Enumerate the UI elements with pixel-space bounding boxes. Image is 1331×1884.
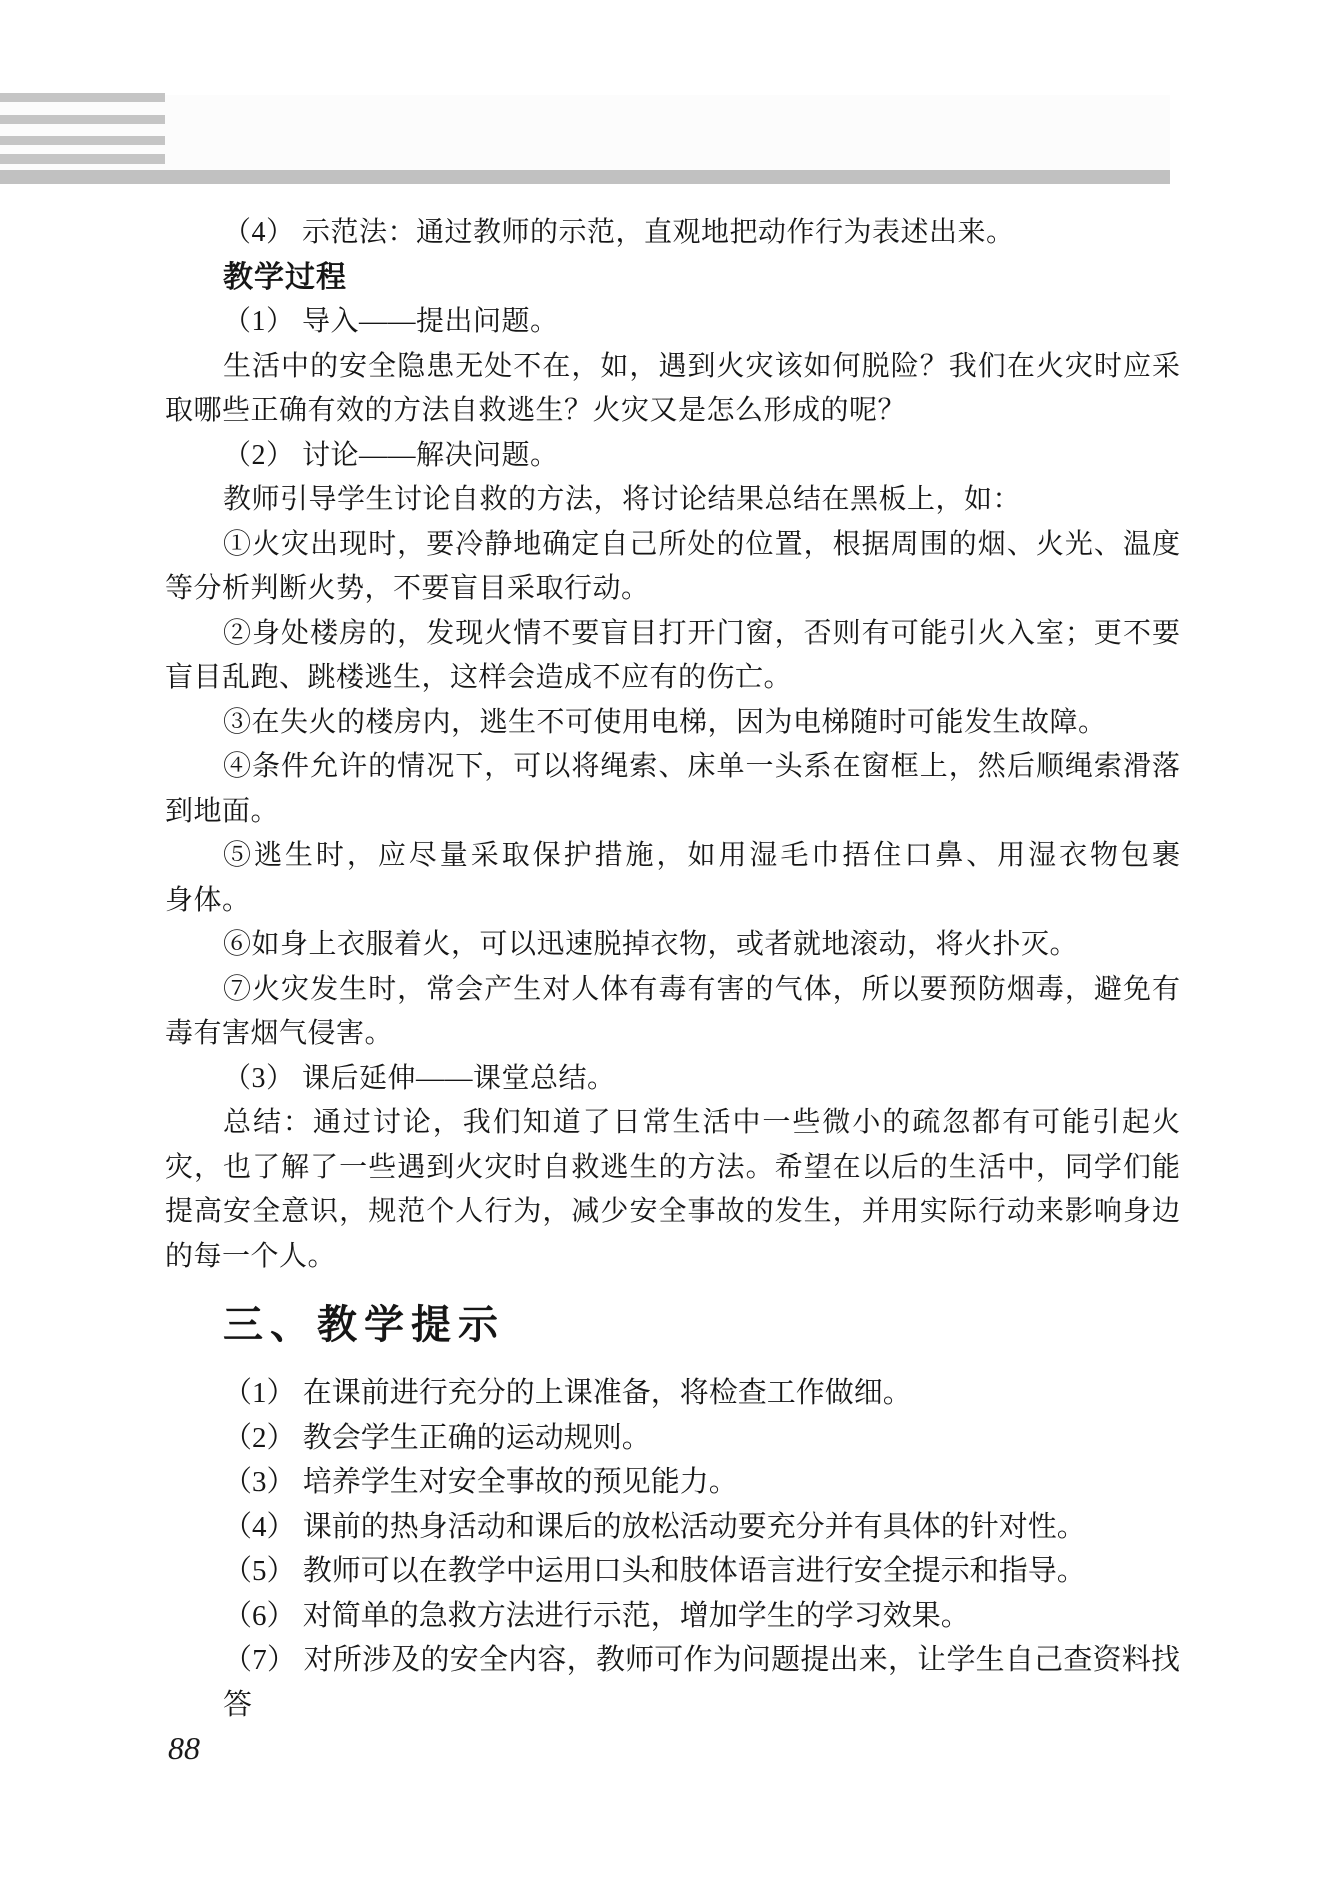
text-line: 提高安全意识，规范个人行为，减少安全事故的发生，并用实际行动来影响身边 (165, 1190, 1180, 1235)
book-page: （4） 示范法：通过教师的示范，直观地把动作行为表述出来。教学过程（1） 导入—… (0, 0, 1331, 1884)
text-line: （4） 示范法：通过教师的示范，直观地把动作行为表述出来。 (165, 211, 1180, 256)
text-line: ④条件允许的情况下，可以将绳索、床单一头系在窗框上，然后顺绳索滑落 (165, 745, 1180, 790)
text-line: （6） 对简单的急救方法进行示范，增加学生的学习效果。 (165, 1594, 1180, 1639)
text-line: （1） 在课前进行充分的上课准备，将检查工作做细。 (165, 1371, 1180, 1416)
text-line: 生活中的安全隐患无处不在，如，遇到火灾该如何脱险？我们在火灾时应采 (165, 345, 1180, 390)
text-line: （3） 课后延伸——课堂总结。 (165, 1057, 1180, 1102)
text-line: （4） 课前的热身活动和课后的放松活动要充分并有具体的针对性。 (165, 1505, 1180, 1550)
text-line: 身体。 (165, 879, 1180, 924)
header-bar-4 (0, 154, 165, 164)
text-line: 到地面。 (165, 790, 1180, 835)
header-panel (0, 95, 1170, 170)
header-bar-3 (0, 136, 165, 145)
subsection-heading: 教学过程 (165, 256, 1180, 301)
header-bar-2 (0, 115, 165, 124)
header-bar-1 (0, 93, 165, 102)
text-line: （2） 教会学生正确的运动规则。 (165, 1416, 1180, 1461)
text-line: （5） 教师可以在教学中运用口头和肢体语言进行安全提示和指导。 (165, 1549, 1180, 1594)
header-rule-bar (0, 170, 1170, 184)
text-line: ①火灾出现时，要冷静地确定自己所处的位置，根据周围的烟、火光、温度 (165, 523, 1180, 568)
text-line: 取哪些正确有效的方法自救逃生？火灾又是怎么形成的呢？ (165, 389, 1180, 434)
section-heading: 三、教学提示 (165, 1279, 1180, 1371)
text-line: 盲目乱跑、跳楼逃生，这样会造成不应有的伤亡。 (165, 656, 1180, 701)
text-line: 灾，也了解了一些遇到火灾时自救逃生的方法。希望在以后的生活中，同学们能 (165, 1146, 1180, 1191)
text-line: 教师引导学生讨论自救的方法，将讨论结果总结在黑板上，如： (165, 478, 1180, 523)
text-line: ③在失火的楼房内，逃生不可使用电梯，因为电梯随时可能发生故障。 (165, 701, 1180, 746)
page-number: 88 (168, 1726, 200, 1770)
text-line: ②身处楼房的，发现火情不要盲目打开门窗，否则有可能引火入室；更不要 (165, 612, 1180, 657)
text-line: ⑦火灾发生时，常会产生对人体有毒有害的气体，所以要预防烟毒，避免有 (165, 968, 1180, 1013)
body-text: （4） 示范法：通过教师的示范，直观地把动作行为表述出来。教学过程（1） 导入—… (165, 211, 1180, 1683)
text-line: （1） 导入——提出问题。 (165, 300, 1180, 345)
text-line: ⑥如身上衣服着火，可以迅速脱掉衣物，或者就地滚动，将火扑灭。 (165, 923, 1180, 968)
text-line: （3） 培养学生对安全事故的预见能力。 (165, 1460, 1180, 1505)
text-line: （2） 讨论——解决问题。 (165, 434, 1180, 479)
text-line: 等分析判断火势，不要盲目采取行动。 (165, 567, 1180, 612)
text-line: 总结：通过讨论，我们知道了日常生活中一些微小的疏忽都有可能引起火 (165, 1101, 1180, 1146)
text-line: 毒有害烟气侵害。 (165, 1012, 1180, 1057)
text-line: （7） 对所涉及的安全内容，教师可作为问题提出来，让学生自己查资料找答 (165, 1638, 1180, 1683)
text-line: ⑤逃生时，应尽量采取保护措施，如用湿毛巾捂住口鼻、用湿衣物包裹 (165, 834, 1180, 879)
text-line: 的每一个人。 (165, 1235, 1180, 1280)
